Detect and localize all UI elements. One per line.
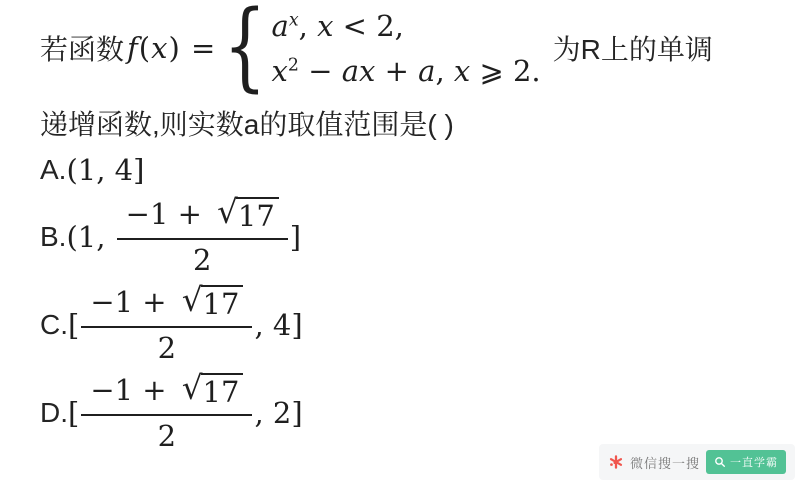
option-b-open: (1, [66,220,114,254]
option-c-fraction: −1 + √172 [81,285,252,365]
piecewise-cases: ax, x < 2, x2 − ax + a, x ⩾ 2. [272,8,541,89]
option-a: A.(1, 4] [40,151,800,189]
option-a-label: A. [40,154,66,186]
option-a-value: (1, 4] [66,153,144,187]
watermark-badge: 一直学霸 [706,450,786,474]
option-d: D.[−1 + √172, 2] [40,373,800,453]
math-paren-open: ( [139,31,151,65]
radical-icon: √ [182,372,203,408]
radical-icon: √ [217,196,238,232]
wechat-search-logo-icon [608,454,624,470]
watermark-badge-text: 一直学霸 [730,454,778,470]
radical-icon: √ [182,284,203,320]
option-c-close: , 4] [254,308,302,342]
math-var-f: f [127,31,139,65]
math-equals: ) = [168,31,216,65]
option-c-label: C. [40,309,68,341]
option-b-close: ] [290,220,301,254]
math-var-x: x [151,31,168,65]
search-icon [714,456,726,468]
piecewise-brace: { [223,0,266,97]
option-d-open: [ [68,396,79,430]
option-d-close: , 2] [254,396,302,430]
watermark-brand-text: 微信搜一搜 [630,453,700,472]
function-notation: f(x) = [127,31,216,65]
option-b: B.(1, −1 + √172] [40,197,800,277]
option-b-label: B. [40,221,66,253]
option-c-open: [ [68,308,79,342]
case-row-1: ax, x < 2, [272,10,541,43]
problem-tail-text: 为R上的单调 [553,28,713,68]
case-row-2: x2 − ax + a, x ⩾ 2. [272,55,541,88]
square-root: √17 [182,373,244,409]
option-c: C.[−1 + √172, 4] [40,285,800,365]
exponent: x [289,10,299,30]
question-page: 若函数f(x) = { ax, x < 2, x2 − ax + a, x ⩾ … [0,0,800,453]
option-d-fraction: −1 + √172 [81,373,252,453]
square-root: √17 [182,285,244,321]
exponent: 2 [288,56,299,76]
problem-statement: 若函数f(x) = { ax, x < 2, x2 − ax + a, x ⩾ … [40,8,800,89]
square-root: √17 [217,197,279,233]
watermark: 微信搜一搜 一直学霸 [599,444,795,480]
option-b-fraction: −1 + √172 [117,197,288,277]
problem-line2: 递增函数,则实数a的取值范围是( ) [40,103,800,143]
problem-lead-text: 若函数 [40,28,124,68]
option-d-label: D. [40,397,68,429]
